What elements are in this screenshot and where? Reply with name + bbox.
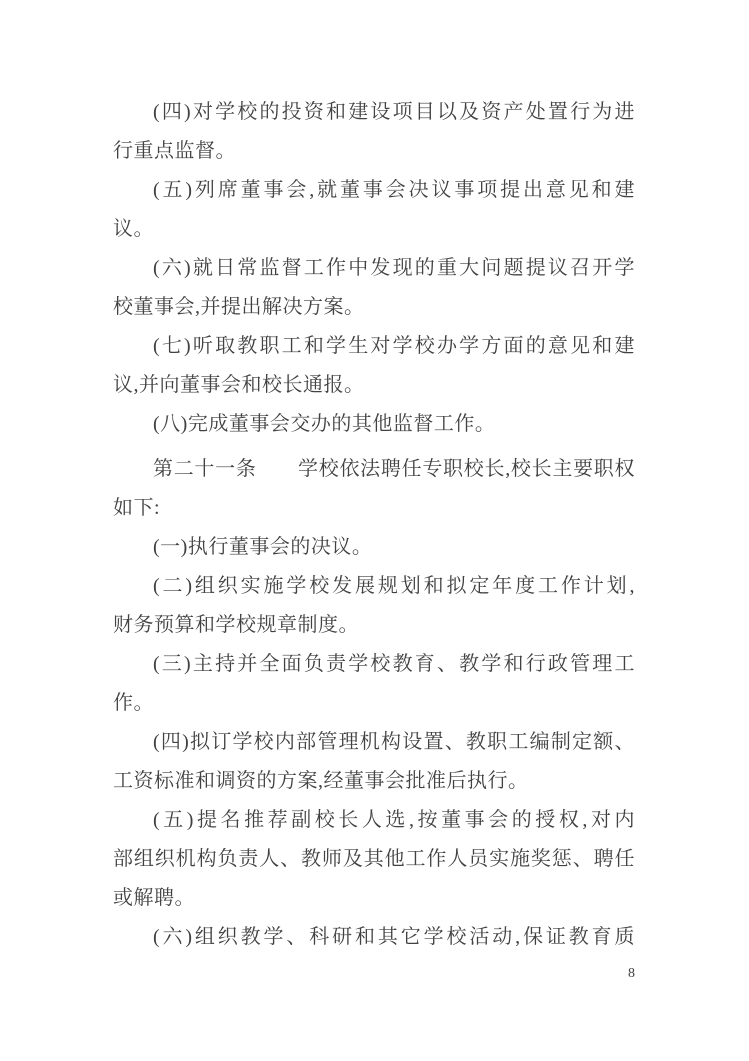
text-line: (四)对学校的投资和建设项目以及资产处置行为进	[113, 93, 635, 132]
text-line: 如下:	[113, 489, 635, 528]
text-line: (六)组织教学、科研和其它学校活动,保证教育质	[113, 918, 635, 957]
text-line: (七)听取教职工和学生对学校办学方面的意见和建	[113, 327, 635, 366]
paragraph: (六)组织教学、科研和其它学校活动,保证教育质	[113, 918, 635, 957]
text-line: (六)就日常监督工作中发现的重大问题提议召开学	[113, 249, 635, 288]
document-page: (四)对学校的投资和建设项目以及资产处置行为进行重点监督。(五)列席董事会,就董…	[0, 0, 749, 1061]
text-line: 财务预算和学校规章制度。	[113, 606, 635, 645]
text-line: 作。	[113, 684, 635, 723]
text-line: 议。	[113, 210, 635, 249]
text-line: (一)执行董事会的决议。	[113, 528, 635, 567]
text-line: (五)提名推荐副校长人选,按董事会的授权,对内	[113, 801, 635, 840]
section-article-paragraph: 第二十一条 学校依法聘任专职校长,校长主要职权如下:	[113, 450, 635, 528]
paragraph: (四)拟订学校内部管理机构设置、教职工编制定额、工资标准和调资的方案,经董事会批…	[113, 723, 635, 801]
text-line: (五)列席董事会,就董事会决议事项提出意见和建	[113, 171, 635, 210]
text-line: (四)拟订学校内部管理机构设置、教职工编制定额、	[113, 723, 635, 762]
text-line: 议,并向董事会和校长通报。	[113, 366, 635, 405]
paragraph: (八)完成董事会交办的其他监督工作。	[113, 405, 635, 444]
text-line: (二)组织实施学校发展规划和拟定年度工作计划,	[113, 567, 635, 606]
text-line: 第二十一条 学校依法聘任专职校长,校长主要职权	[113, 450, 635, 489]
page-number: 8	[113, 964, 635, 984]
text-line: 或解聘。	[113, 879, 635, 918]
text-line: (三)主持并全面负责学校教育、教学和行政管理工	[113, 645, 635, 684]
paragraph: (四)对学校的投资和建设项目以及资产处置行为进行重点监督。	[113, 93, 635, 171]
text-line: 部组织机构负责人、教师及其他工作人员实施奖惩、聘任	[113, 840, 635, 879]
paragraph: (一)执行董事会的决议。	[113, 528, 635, 567]
paragraph: (三)主持并全面负责学校教育、教学和行政管理工作。	[113, 645, 635, 723]
text-line: 校董事会,并提出解决方案。	[113, 288, 635, 327]
paragraph: (五)列席董事会,就董事会决议事项提出意见和建议。	[113, 171, 635, 249]
paragraph: (七)听取教职工和学生对学校办学方面的意见和建议,并向董事会和校长通报。	[113, 327, 635, 405]
text-line: 工资标准和调资的方案,经董事会批准后执行。	[113, 762, 635, 801]
paragraph: (六)就日常监督工作中发现的重大问题提议召开学校董事会,并提出解决方案。	[113, 249, 635, 327]
document-body: (四)对学校的投资和建设项目以及资产处置行为进行重点监督。(五)列席董事会,就董…	[113, 93, 635, 957]
paragraph: (五)提名推荐副校长人选,按董事会的授权,对内部组织机构负责人、教师及其他工作人…	[113, 801, 635, 918]
text-line: (八)完成董事会交办的其他监督工作。	[113, 405, 635, 444]
text-line: 行重点监督。	[113, 132, 635, 171]
paragraph: (二)组织实施学校发展规划和拟定年度工作计划,财务预算和学校规章制度。	[113, 567, 635, 645]
